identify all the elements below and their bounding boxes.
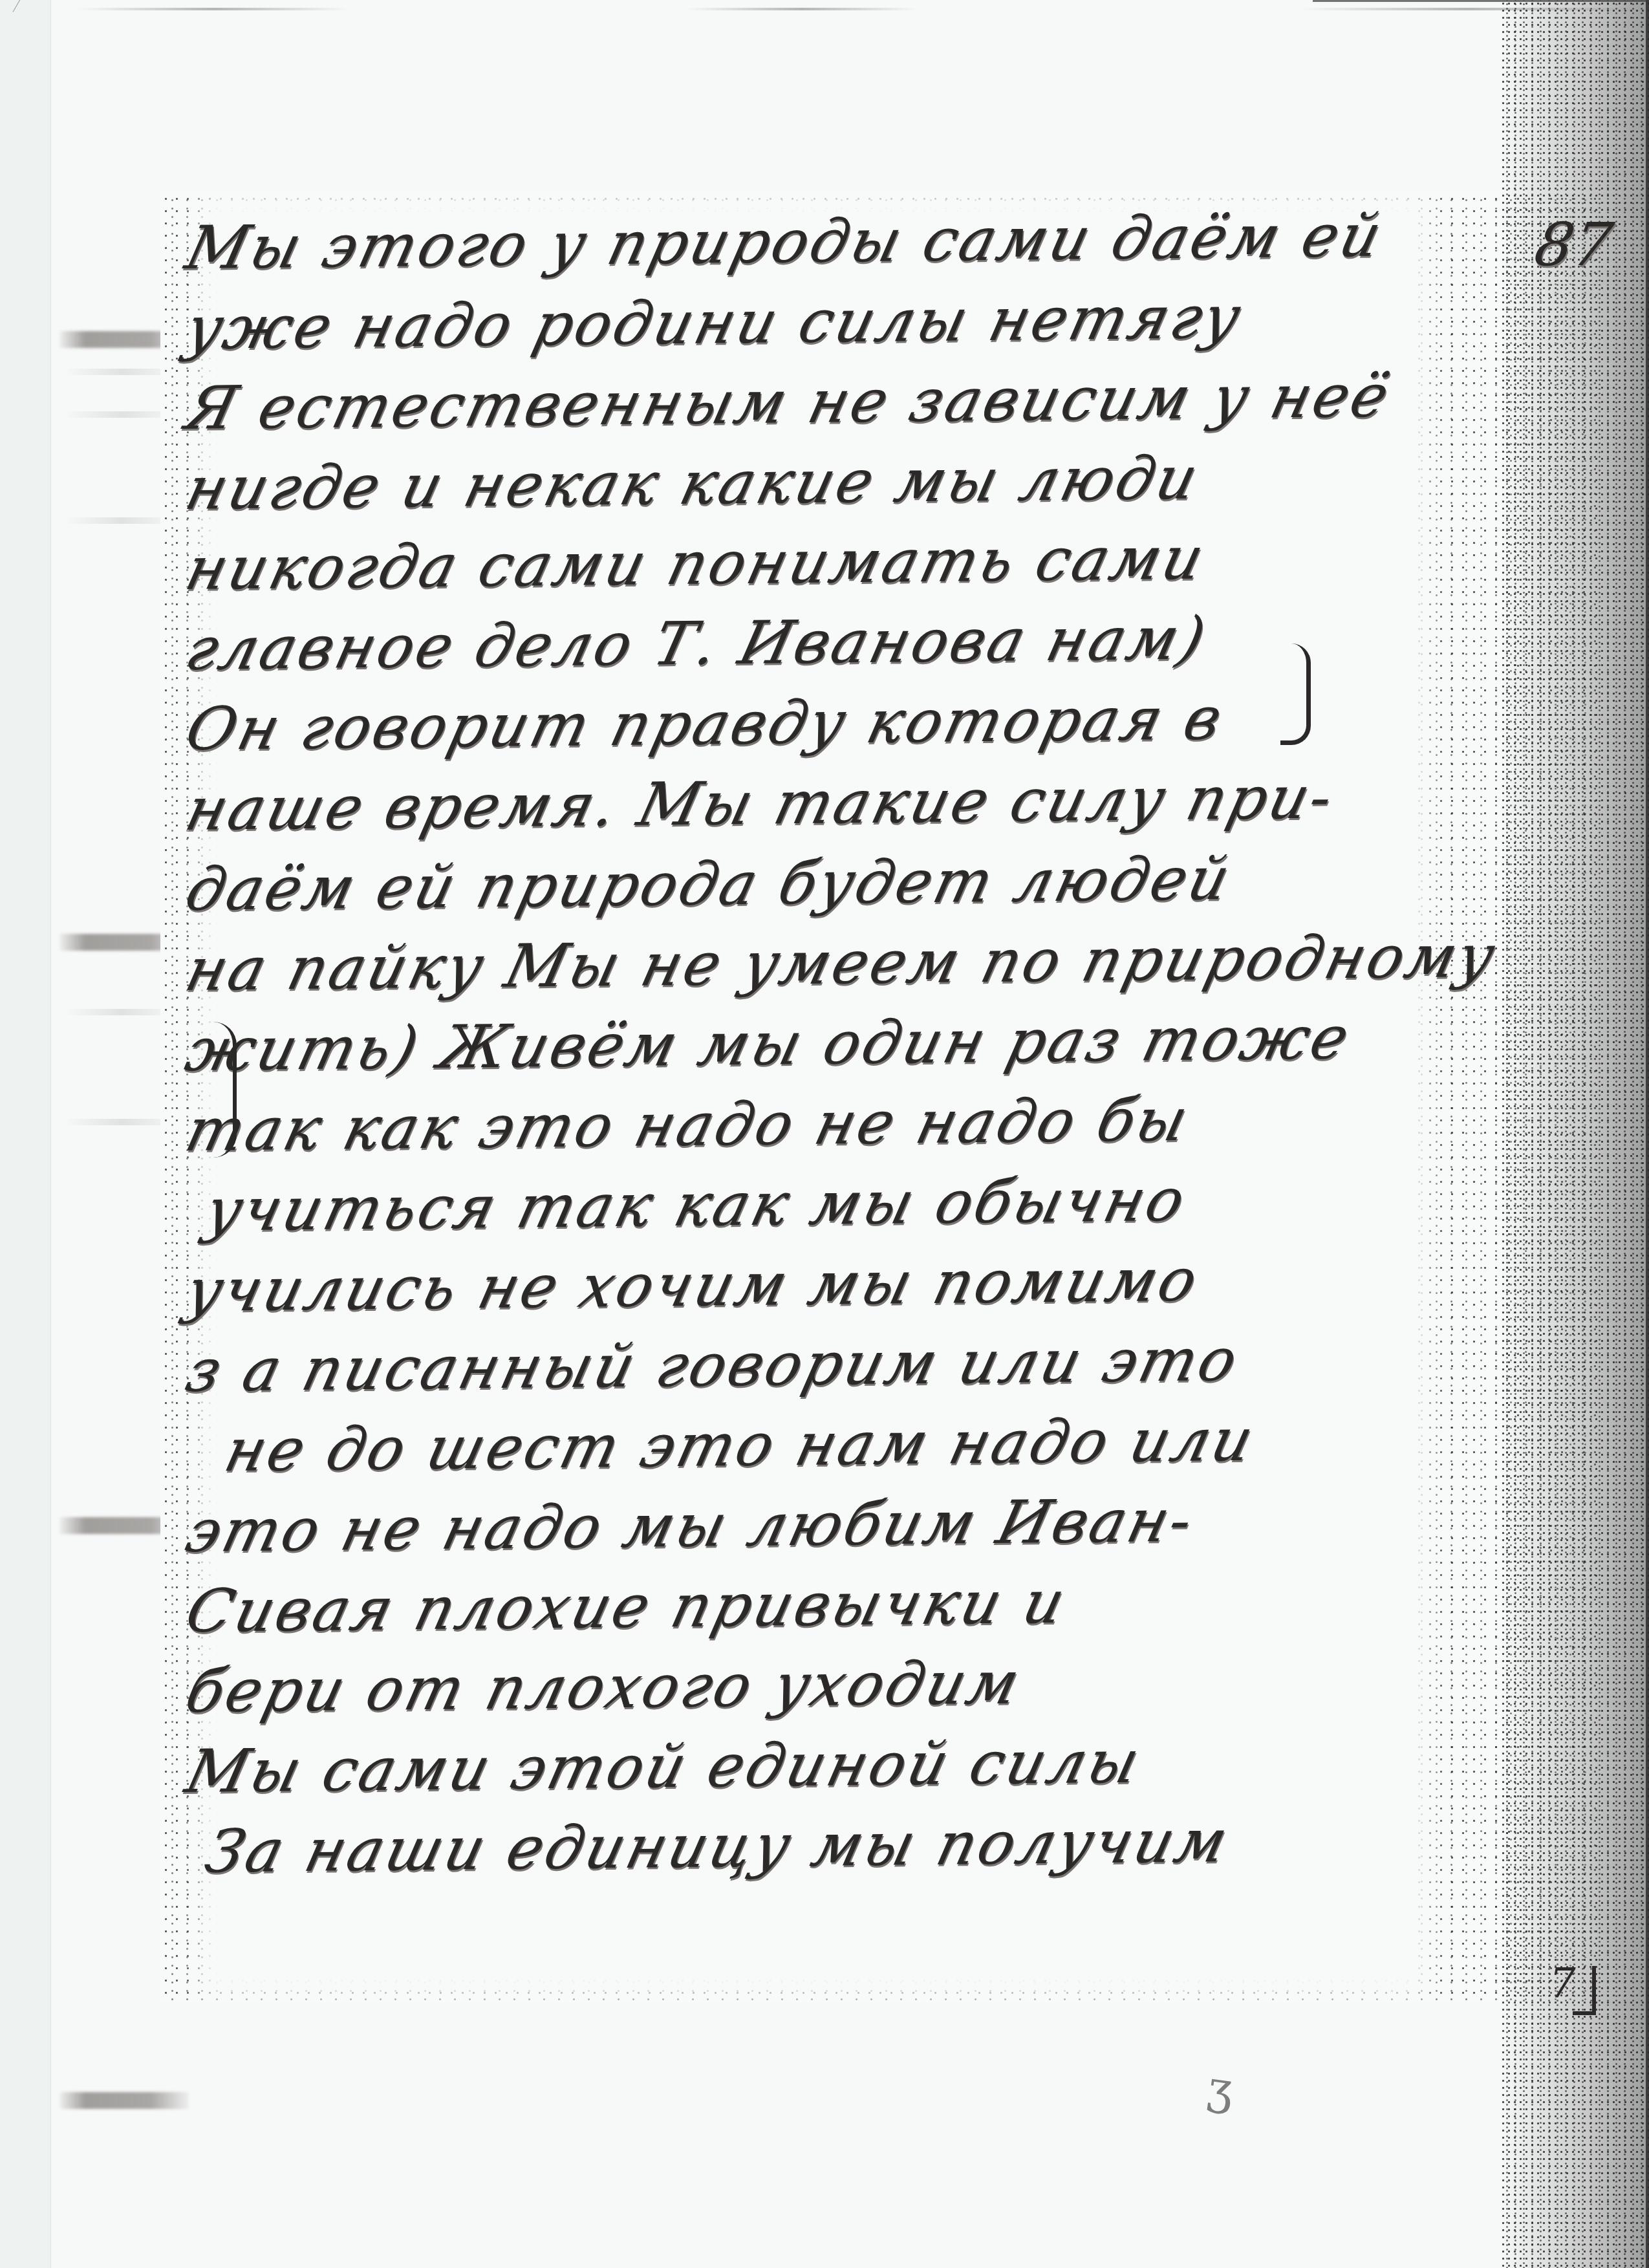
text-line: Мы этого у природы сами даём ей [178,194,1578,288]
scanned-page: 87 Мы этого у природы сами даём ей уже н… [0,0,1649,2268]
text-line: даём ей природа будет людей [178,836,1578,930]
corner-bracket [1573,1966,1596,2015]
text-line: За наши единицу мы получим [178,1798,1578,1892]
bottom-stray-mark: ʒ [1204,2060,1237,2117]
scanner-top-edge [1313,0,1649,2]
closing-bracket-mark [213,1022,237,1158]
text-line: учились не хочим мы помимо [178,1237,1578,1331]
text-line: не до шест это нам надо или [178,1397,1578,1491]
top-smudge [78,8,349,10]
text-line: главное дело Т. Иванова нам) [178,595,1578,689]
text-line: так как это надо не надо бы [178,1076,1578,1171]
text-line: жить) Живём мы один раз тоже [178,996,1578,1090]
text-line: Он говорит правду которая в [178,675,1578,770]
margin-smudge [59,2092,189,2109]
scanner-left-edge [0,0,51,2268]
text-line: Мы сами этой единой силы [178,1718,1578,1812]
handwritten-text: Мы этого у природы сами даём ей уже надо… [188,208,1565,1892]
closing-bracket-mark [1280,643,1311,745]
text-line: Я естественным не зависим у неё [178,354,1578,449]
text-line: это не надо мы любим Иван- [178,1477,1578,1571]
text-line: учиться так как мы обычно [178,1156,1578,1251]
corner-mark: 7 [1549,1960,1576,2007]
text-line: з а писанный говорим или это [178,1317,1578,1411]
text-line: на пайку Мы не умеем по природному [178,916,1578,1010]
text-line: уже надо родини силы нетягу [178,274,1578,369]
text-line: наше время. Мы такие силу при- [178,755,1578,850]
top-smudge [685,8,918,10]
scanner-right-edge [1646,0,1649,2268]
text-line: никогда сами понимать сами [178,515,1578,609]
text-line: бери от плохого уходим [178,1637,1578,1732]
text-line: нигде и некак какие мы люди [178,435,1578,529]
text-line: Сивая плохие привычки и [178,1557,1578,1652]
